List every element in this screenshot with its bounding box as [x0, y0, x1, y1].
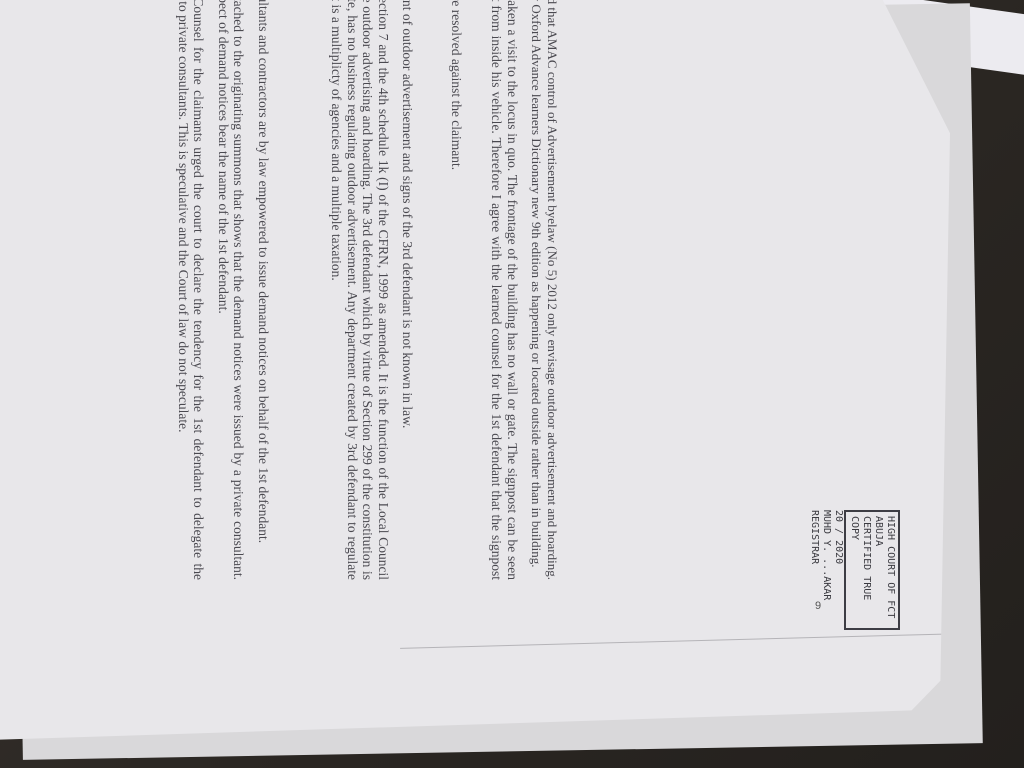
issue-8-heading: ISSUE 8: [422, 0, 438, 580]
issue-10-heading: ISSUE 10: [277, 0, 293, 580]
stamp-signatory: MUHD Y. ...AKAR: [820, 510, 832, 630]
paragraph-issues-resolved: Issues 5, 6, 7, and 9 are resolved again…: [449, 0, 465, 580]
issue-10-no-exhibit: There is no exhibit attached to the orig…: [216, 0, 247, 580]
paragraph-counsel-argument: Learned counsel argued that AMAC control…: [529, 0, 560, 580]
stamp-certified: CERTIFIED TRUE COPY: [848, 516, 872, 624]
issue-8-question: Whether the department of outdoor advert…: [400, 0, 416, 580]
issue-10-question: Whether private consultants and contract…: [256, 0, 272, 580]
page-text: Learned counsel argued that AMAC control…: [167, 0, 561, 580]
certified-true-copy-stamp: HIGH COURT OF FCT ABUJA CERTIFIED TRUE C…: [790, 510, 900, 630]
stamp-title: REGISTRAR: [808, 510, 820, 630]
paragraph-locus-visit: This Court had undertaken a visit to the…: [474, 0, 521, 580]
issue-10-speculative: No wonder Learned Counsel for the claima…: [176, 0, 207, 580]
stamp-court: HIGH COURT OF FCT ABUJA: [872, 516, 896, 624]
page-edge-line: [400, 632, 1000, 649]
ink-check-mark-icon: [259, 0, 299, 8]
stamp-date: 20 / 2020: [832, 510, 844, 630]
page-number: 9: [815, 600, 821, 612]
issue-8-holding: I so hold.: [305, 0, 321, 580]
stamp-box: HIGH COURT OF FCT ABUJA CERTIFIED TRUE C…: [844, 510, 900, 630]
issue-8-analysis: By the provision of Section 7 and the 4t…: [329, 0, 391, 580]
